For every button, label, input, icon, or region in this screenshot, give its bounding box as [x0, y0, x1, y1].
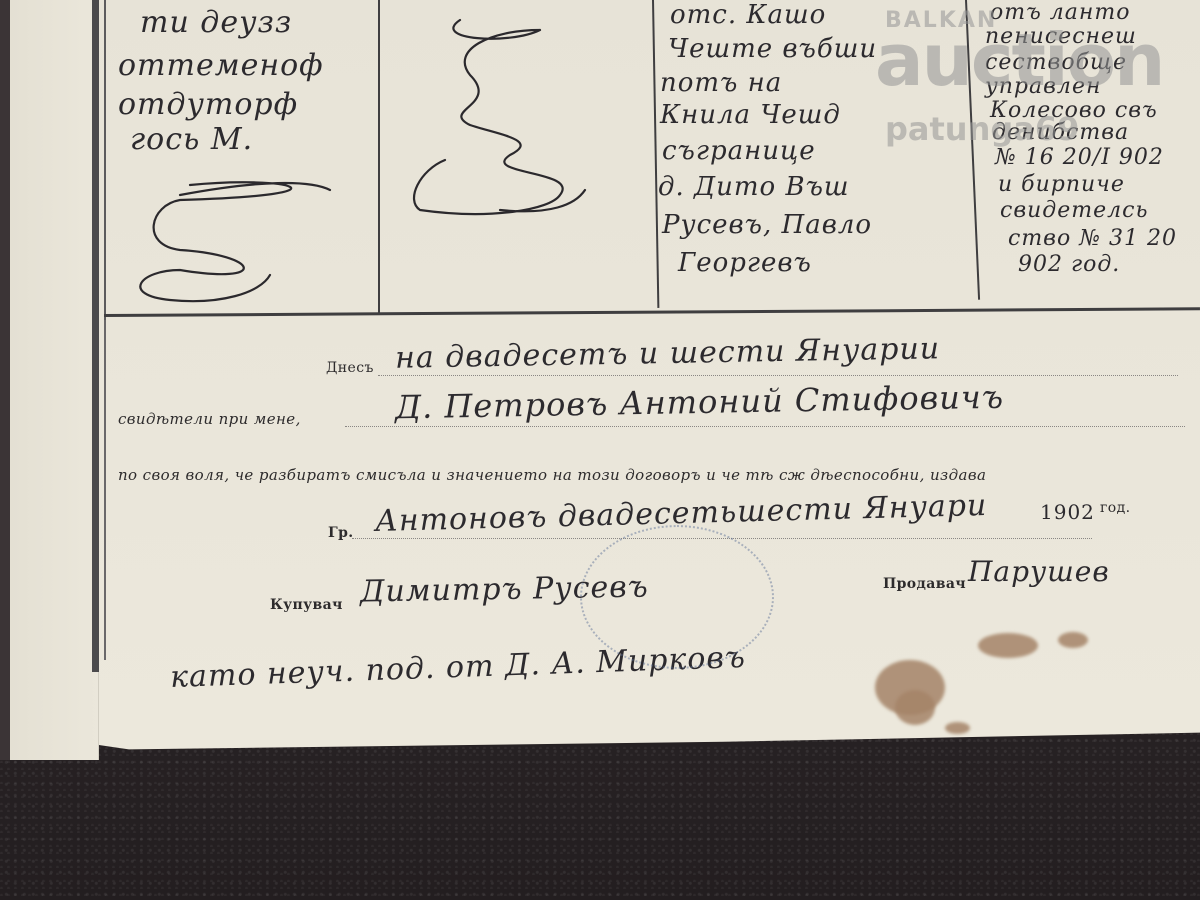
seller-label: Продавач: [883, 576, 966, 592]
handwritten-line: отс. Кашо: [670, 0, 826, 30]
handwritten-line: Чеште въбши: [668, 34, 877, 64]
handwritten-line: Русевъ, Павло: [662, 210, 872, 240]
faded-stamp: [580, 525, 774, 669]
form-dotted-line: [345, 426, 1185, 427]
form-border-inner-lower: [104, 320, 106, 660]
form-label-town: Гр.: [328, 525, 354, 541]
stain-spot: [978, 633, 1038, 658]
handwritten-line: потъ на: [660, 68, 782, 98]
year-suffix: год.: [1100, 500, 1130, 516]
handwritten-line: съгранице: [662, 136, 816, 166]
stain-spot: [895, 690, 935, 725]
handwritten-line: № 16 20/I 902: [995, 145, 1164, 170]
handwritten-line: и бирпиче: [998, 172, 1125, 197]
seller-signature: Парушев: [968, 555, 1110, 588]
handwritten-line: Книла Чешд: [660, 100, 841, 130]
form-label-witnesses: свидѣтели при мене,: [118, 410, 301, 428]
printed-contract-clause: по своя воля, че разбиратъ смисъла и зна…: [118, 466, 986, 484]
handwritten-line: Георгевъ: [678, 248, 812, 278]
buyer-label: Купувач: [270, 597, 343, 613]
watermark-username: patunga69: [885, 110, 1079, 148]
form-label-dnes: Днесъ: [326, 360, 374, 376]
form-border-thick: [92, 0, 99, 672]
handwritten-line: свидетелсь: [1000, 198, 1148, 223]
handwritten-line: ство № 31 20: [1008, 226, 1177, 251]
handwritten-line: 902 год.: [1018, 252, 1120, 277]
form-border-inner: [104, 0, 106, 320]
year-value: 1902: [1040, 500, 1095, 524]
handwritten-line: отдуторф: [118, 87, 298, 122]
stain-spot: [945, 722, 970, 734]
paper-margin: [10, 0, 99, 760]
illiterate-mark-squiggle: [110, 175, 350, 305]
stain-spot: [1058, 632, 1088, 648]
table-column-divider: [378, 0, 380, 314]
handwritten-line: гось М.: [130, 122, 253, 157]
handwritten-line: ти деузз: [140, 5, 292, 40]
form-dotted-line: [378, 375, 1178, 376]
watermark-auction: auction: [875, 18, 1163, 102]
illiterate-mark-squiggle: [400, 10, 620, 250]
handwritten-line: д. Дито Въш: [658, 172, 850, 202]
handwritten-line: оттеменоф: [118, 48, 324, 83]
